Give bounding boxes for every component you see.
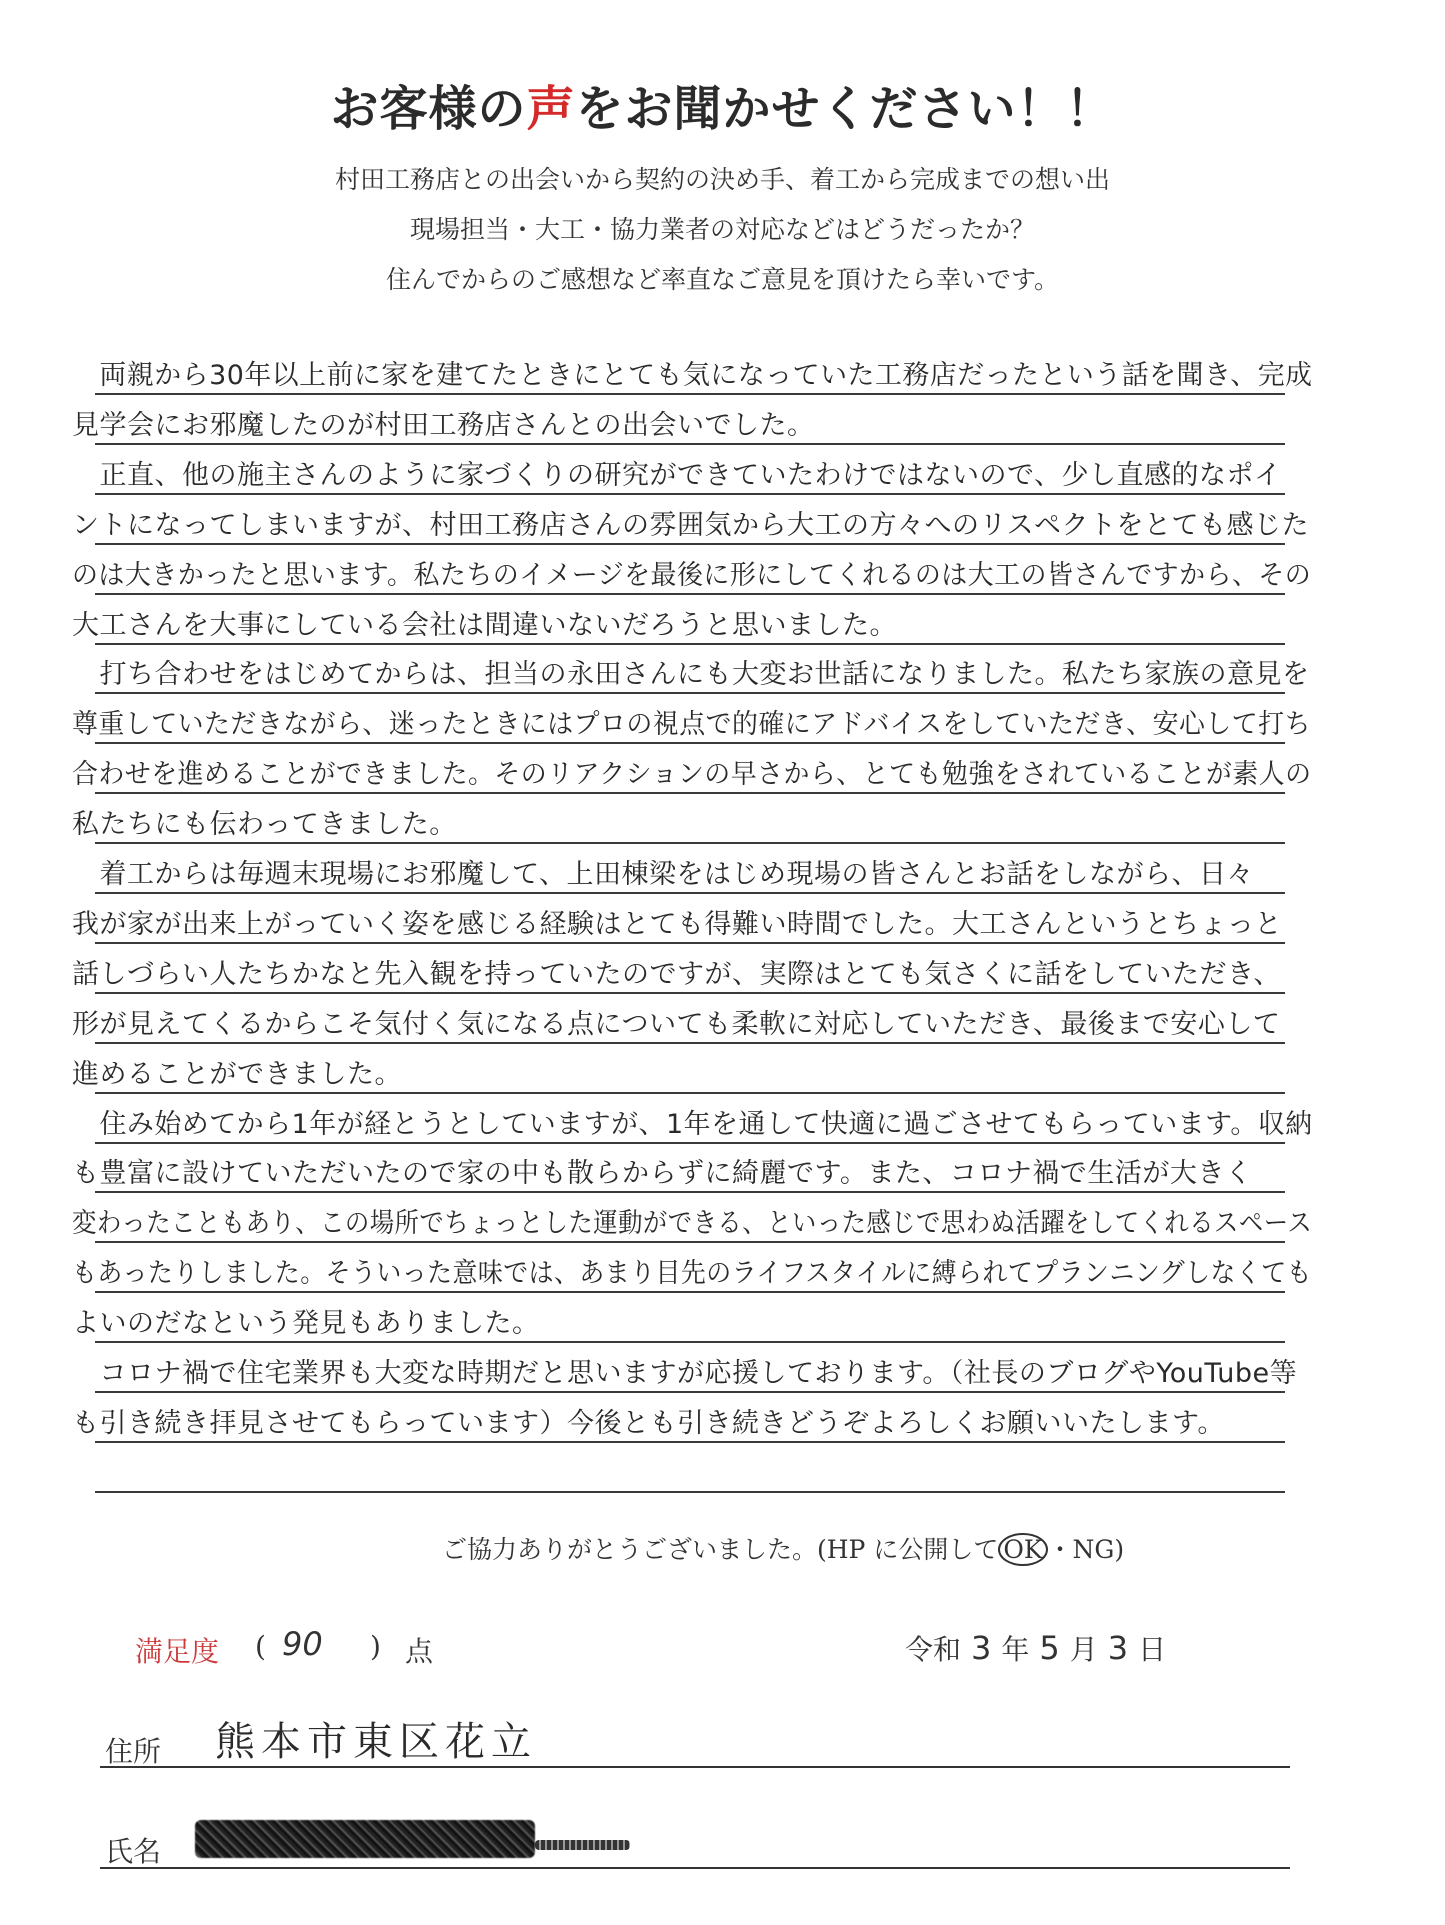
comment-line: 正直、他の施主さんのように家づくりの研究ができていたわけではないので、少し直感的… bbox=[72, 453, 1281, 492]
comment-line: 見学会にお邪魔したのが村田工務店さんとの出会いでした。 bbox=[72, 403, 815, 442]
satisfaction-close-paren: ) bbox=[370, 1630, 381, 1663]
address-value[interactable]: 熊本市東区花立 bbox=[215, 1710, 537, 1767]
ruled-line bbox=[95, 1341, 1285, 1343]
ruled-line bbox=[95, 1491, 1285, 1493]
close-paren: ) bbox=[1114, 1535, 1124, 1564]
satisfaction-score[interactable]: 90 bbox=[282, 1625, 323, 1663]
comment-line: 住み始めてから1年が経とうとしていますが、1年を通して快適に過ごさせてもらってい… bbox=[72, 1102, 1313, 1141]
ruled-line bbox=[95, 1391, 1285, 1393]
intro-line-1: 村田工務店との出会いから契約の決め手、着工から完成までの想い出 bbox=[0, 160, 1445, 196]
comment-line: 話しづらい人たちかなと先入観を持っていたのですが、実際はとても気さくに話をしてい… bbox=[72, 952, 1281, 991]
intro-line-2: 現場担当・大工・協力業者の対応などはどうだったか？ bbox=[0, 210, 1445, 246]
comment-line: もあったりしました。そういった意味では、あまり目先のライフスタイルに縛られてプラ… bbox=[72, 1251, 1312, 1290]
date: 令和3年5月3日 bbox=[905, 1628, 1166, 1668]
date-day-unit: 日 bbox=[1138, 1633, 1166, 1666]
address-label: 住所 bbox=[105, 1730, 161, 1770]
title-accent: 声 bbox=[526, 81, 575, 137]
comment-line: 我が家が出来上がっていく姿を感じる経験はとても得難い時間でした。大工さんというと… bbox=[72, 902, 1282, 941]
ruled-line bbox=[95, 443, 1285, 445]
title-suffix: をお聞かせください！！ bbox=[576, 81, 1115, 137]
ruled-line bbox=[95, 1441, 1285, 1443]
ruled-line bbox=[95, 1191, 1285, 1193]
satisfaction-unit: 点 bbox=[405, 1630, 433, 1670]
ruled-line bbox=[95, 742, 1285, 744]
name-label: 氏名 bbox=[105, 1830, 161, 1870]
ruled-line bbox=[95, 393, 1285, 395]
option-separator: ・ bbox=[1048, 1535, 1073, 1564]
publish-consent: ご協力ありがとうございました。(HP に公開してOK・NG) bbox=[442, 1530, 1124, 1566]
comment-line: よいのだなという発見もありました。 bbox=[72, 1301, 540, 1340]
comment-line: のは大きかったと思います。私たちのイメージを最後に形にしてくれるのは大工の皆さん… bbox=[72, 553, 1311, 592]
comment-line: ントになってしまいますが、村田工務店さんの雰囲気から大工の方々へのリスペクトをと… bbox=[72, 503, 1309, 542]
comment-line: も豊富に設けていただいたので家の中も散らからずに綺麗です。また、コロナ禍で生活が… bbox=[72, 1151, 1252, 1190]
ruled-line bbox=[95, 543, 1285, 545]
date-year[interactable]: 3 bbox=[971, 1629, 991, 1667]
name-redaction-tail bbox=[535, 1840, 630, 1850]
comment-line: 形が見えてくるからこそ気付く気になる点についても柔軟に対応していただき、最後まで… bbox=[72, 1002, 1280, 1041]
page-title: お客様の声をお聞かせください！！ bbox=[0, 70, 1445, 139]
publish-ok-option-selected[interactable]: OK bbox=[998, 1533, 1047, 1566]
ruled-line bbox=[95, 1241, 1285, 1243]
ruled-line bbox=[95, 1291, 1285, 1293]
date-era: 令和 bbox=[905, 1633, 961, 1666]
comment-line: コロナ禍で住宅業界も大変な時期だと思いますが応援しております。（社長のブログやY… bbox=[72, 1351, 1297, 1390]
address-underline bbox=[100, 1766, 1290, 1768]
date-month[interactable]: 5 bbox=[1039, 1629, 1059, 1667]
publish-ng-option[interactable]: NG bbox=[1073, 1535, 1115, 1564]
ruled-line bbox=[95, 992, 1285, 994]
ruled-line bbox=[95, 593, 1285, 595]
date-year-unit: 年 bbox=[1001, 1633, 1029, 1666]
ruled-line bbox=[95, 493, 1285, 495]
thanks-text: ご協力ありがとうございました。(HP に公開して bbox=[442, 1535, 998, 1564]
ruled-line bbox=[95, 942, 1285, 944]
comment-line: 尊重していただきながら、迷ったときにはプロの視点で的確にアドバイスをしていただき… bbox=[72, 702, 1311, 741]
comment-line: 進めることができました。 bbox=[72, 1052, 402, 1091]
comment-line: 両親から30年以上前に家を建てたときにとても気になっていた工務店だったという話を… bbox=[72, 353, 1313, 392]
satisfaction-open-paren: ( bbox=[255, 1630, 266, 1663]
ruled-line bbox=[95, 892, 1285, 894]
comment-line: 着工からは毎週末現場にお邪魔して、上田棟梁をはじめ現場の皆さんとお話をしながら、… bbox=[72, 852, 1254, 891]
comment-line: 変わったこともあり、この場所でちょっとした運動ができる、といった感じで思わぬ活躍… bbox=[72, 1201, 1312, 1240]
ruled-line bbox=[95, 1142, 1285, 1144]
ruled-line bbox=[95, 692, 1285, 694]
date-month-unit: 月 bbox=[1070, 1633, 1098, 1666]
comment-line: 大工さんを大事にしている会社は間違いないだろうと思いました。 bbox=[72, 603, 897, 642]
ruled-line bbox=[95, 643, 1285, 645]
intro-line-3: 住んでからのご感想など率直なご意見を頂けたら幸いです。 bbox=[0, 260, 1445, 296]
ruled-line bbox=[95, 792, 1285, 794]
name-underline bbox=[100, 1867, 1290, 1869]
name-value-redacted bbox=[195, 1820, 535, 1858]
date-day[interactable]: 3 bbox=[1108, 1629, 1128, 1667]
ruled-line bbox=[95, 842, 1285, 844]
comment-line: 合わせを進めることができました。そのリアクションの早さから、とても勉強をされてい… bbox=[72, 752, 1312, 791]
comment-line: 私たちにも伝わってきました。 bbox=[72, 802, 457, 841]
comment-line: 打ち合わせをはじめてからは、担当の永田さんにも大変お世話になりました。私たち家族… bbox=[72, 652, 1310, 691]
ruled-line bbox=[95, 1092, 1285, 1094]
title-prefix: お客様の bbox=[330, 81, 526, 137]
satisfaction-label: 満足度 bbox=[135, 1630, 219, 1670]
comment-line: も引き続き拝見させてもらっています）今後とも引き続きどうぞよろしくお願いいたしま… bbox=[72, 1401, 1225, 1440]
ruled-line bbox=[95, 1042, 1285, 1044]
